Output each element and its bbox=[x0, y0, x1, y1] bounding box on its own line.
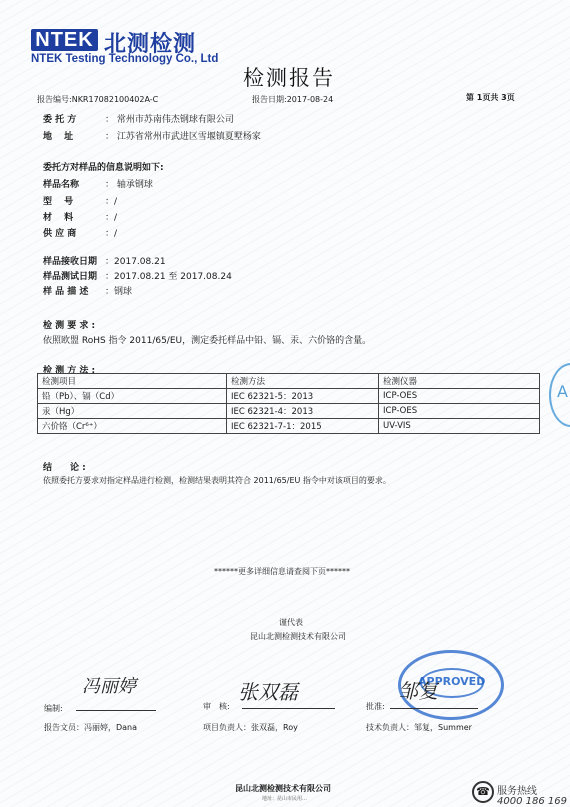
table-header-cell: 检测项目 bbox=[38, 374, 227, 389]
client-row: 委 托 方： 常州市苏南伟杰钢球有限公司 bbox=[43, 112, 234, 125]
prepared-signature: 冯丽婷 bbox=[82, 672, 136, 698]
sample-info-heading: 委托方对样品的信息说明如下: bbox=[43, 160, 164, 173]
on-behalf-company: 昆山北测检测技术有限公司 bbox=[250, 631, 346, 642]
footer-company: 昆山北测检测技术有限公司 bbox=[235, 783, 331, 794]
table-header-row: 检测项目 检测方法 检测仪器 bbox=[38, 374, 540, 389]
supplier-row: 供 应 商：/ bbox=[43, 226, 117, 239]
footer-address: 地址：昆山市民用… bbox=[262, 795, 307, 802]
review-signature-line bbox=[242, 708, 335, 709]
test-methods-table: 检测项目 检测方法 检测仪器 铅（Pb）、镉（Cd） IEC 62321-5：2… bbox=[37, 373, 540, 434]
test-date-row: 样品测试日期：2017.08.21 至 2017.08.24 bbox=[43, 269, 232, 282]
hotline-label: 服务热线 bbox=[497, 782, 537, 797]
approve-role: 技术负责人：邹复，Summer bbox=[366, 722, 472, 733]
accreditation-stamp-letter: A bbox=[557, 382, 568, 401]
sample-name-row: 样品名称： 轴承钢球 bbox=[43, 177, 153, 190]
hotline-number: 4000 186 169 bbox=[497, 796, 567, 807]
more-info-note: ******更多详细信息请查阅下页****** bbox=[214, 566, 350, 577]
approve-signature: 邹复 bbox=[398, 675, 438, 704]
review-signature: 张双磊 bbox=[238, 676, 298, 705]
table-row: 汞（Hg） IEC 62321-4：2013 ICP-OES bbox=[38, 404, 540, 419]
approve-signature-line bbox=[390, 708, 478, 709]
ntek-logo: NTEK bbox=[31, 29, 98, 51]
conclusion-heading: 结 论 : bbox=[43, 460, 86, 473]
page-info: 第 1页共 3页 bbox=[466, 92, 515, 103]
review-role: 项目负责人：张双磊，Roy bbox=[203, 722, 298, 733]
requirements-heading: 检 测 要 求 : bbox=[43, 318, 95, 331]
material-row: 材 料：/ bbox=[43, 210, 117, 223]
model-row: 型 号：/ bbox=[43, 194, 117, 207]
description-row: 样 品 描 述：钢球 bbox=[43, 284, 132, 297]
prepared-signature-line bbox=[76, 710, 156, 711]
prepared-label: 编制: bbox=[44, 703, 63, 714]
table-row: 六价铬（Cr⁶⁺） IEC 62321-7-1：2015 UV-VIS bbox=[38, 419, 540, 434]
review-label: 审 核: bbox=[203, 701, 230, 712]
requirements-text: 依照欧盟 RoHS 指令 2011/65/EU，测定委托样品中铅、镉、汞、六价铬… bbox=[43, 333, 371, 346]
table-header-cell: 检测仪器 bbox=[379, 374, 540, 389]
prepared-role: 报告文员：冯丽婷，Dana bbox=[44, 722, 137, 733]
report-date: 报告日期:2017-08-24 bbox=[252, 94, 333, 105]
address-row: 地 址： 江苏省常州市武进区雪堰镇夏墅杨家 bbox=[43, 129, 261, 142]
approve-label: 批准: bbox=[366, 701, 385, 712]
table-row: 铅（Pb）、镉（Cd） IEC 62321-5：2013 ICP-OES bbox=[38, 389, 540, 404]
logo-english-name: NTEK Testing Technology Co., Ltd bbox=[31, 53, 218, 65]
report-title: 检测报告 bbox=[243, 62, 335, 92]
on-behalf-line1: 谨代表 bbox=[279, 617, 303, 628]
phone-icon: ☎ bbox=[472, 781, 494, 803]
conclusion-text: 依照委托方要求对指定样品进行检测，检测结果表明其符合 2011/65/EU 指令… bbox=[43, 475, 391, 486]
receive-date-row: 样品接收日期：2017.08.21 bbox=[43, 254, 166, 267]
report-number: 报告编号:NKR17082100402A-C bbox=[37, 94, 158, 105]
table-header-cell: 检测方法 bbox=[227, 374, 379, 389]
